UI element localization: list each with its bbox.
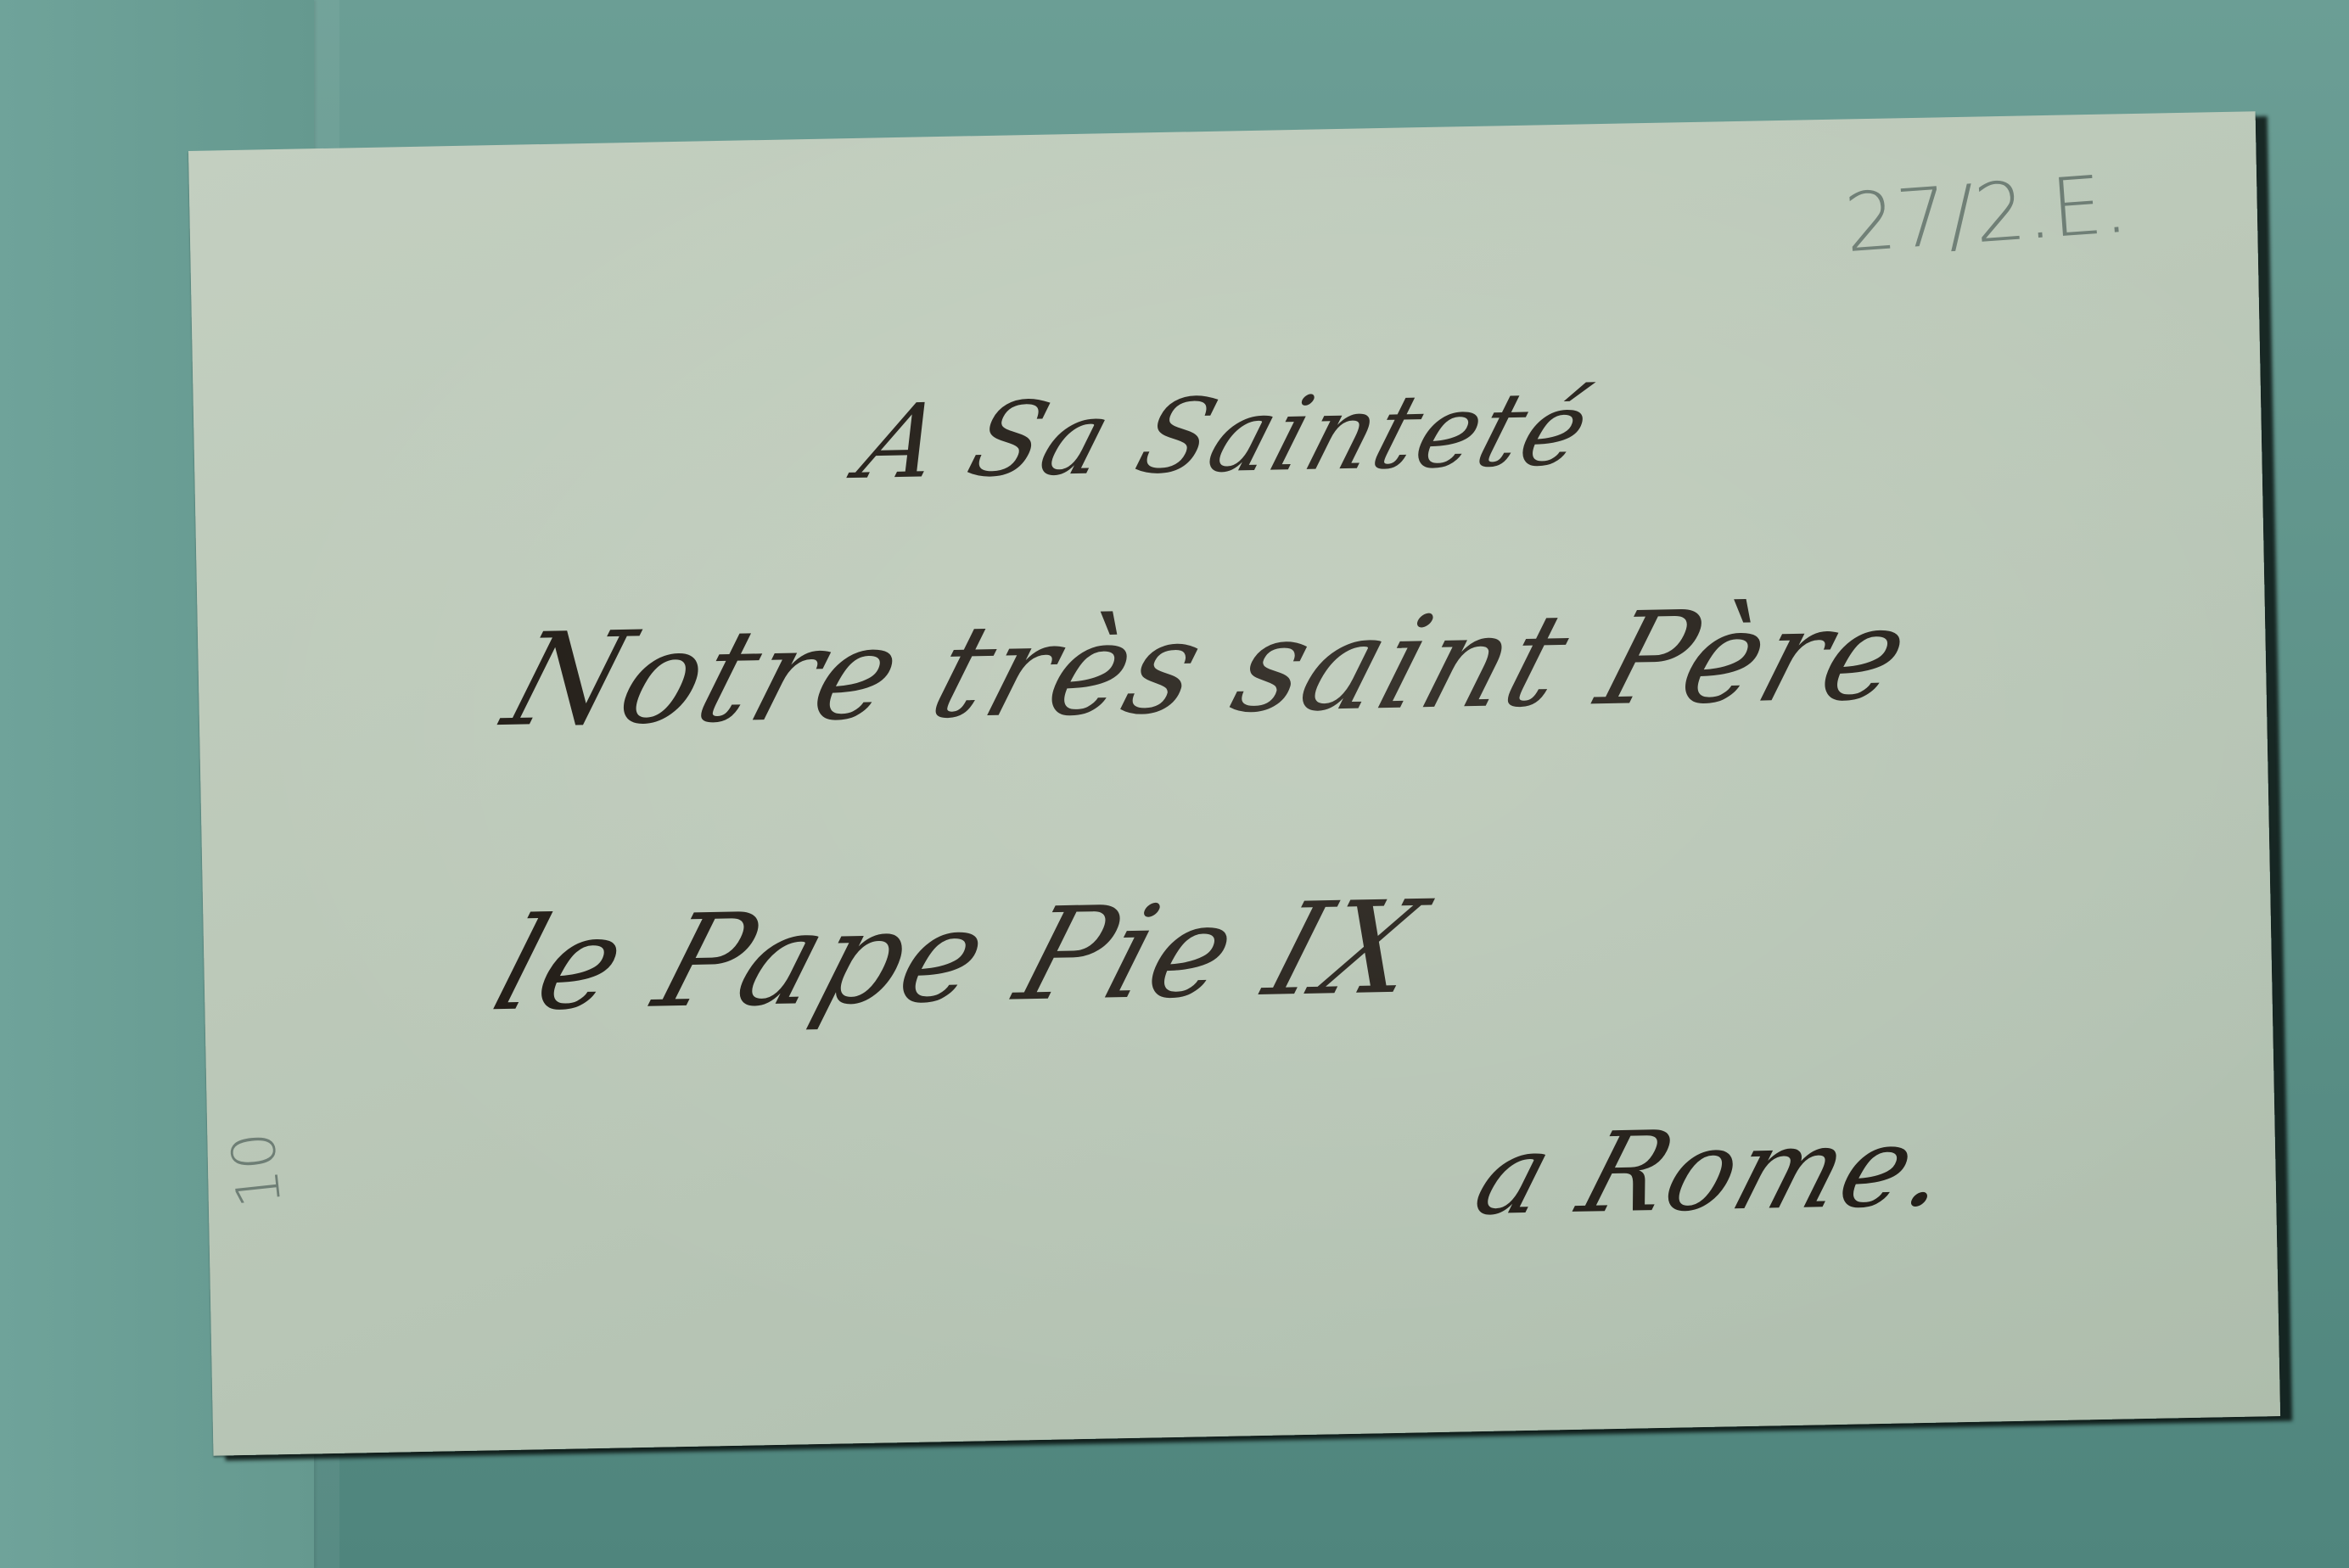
address-line-1: A Sa Sainteté	[847, 370, 1605, 502]
address-line-3: le Pape Pie IX	[479, 874, 1440, 1040]
address-line-4: a Rome.	[1461, 1101, 1968, 1240]
envelope: 27/2.E. 10 A Sa Sainteté Notre très sain…	[188, 111, 2280, 1455]
address-line-2: Notre très saint Père	[490, 580, 1926, 756]
archive-reference: 27/2.E.	[1842, 158, 2131, 272]
margin-number: 10	[218, 1128, 295, 1211]
